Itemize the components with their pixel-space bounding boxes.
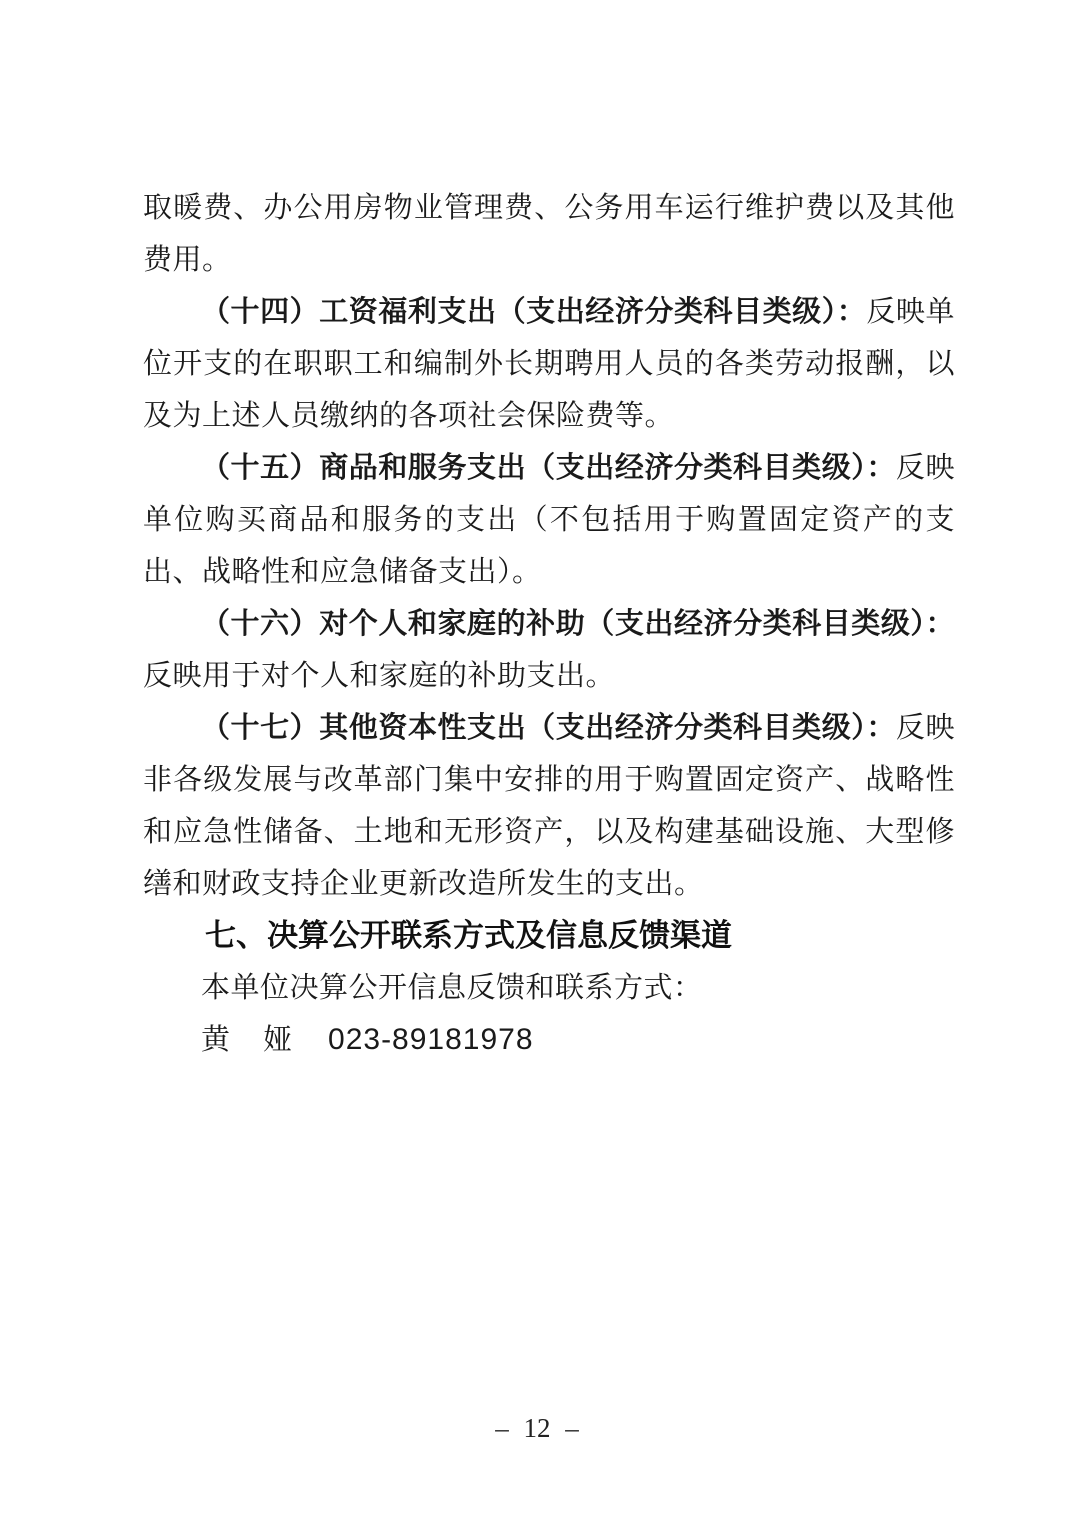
page-footer: – 12 – — [0, 1412, 1074, 1444]
contact-phone: 023-89181978 — [328, 1023, 534, 1056]
item-14-lead: （十四）工资福利支出（支出经济分类科目类级）： — [201, 296, 866, 328]
paragraph-item-14: （十四）工资福利支出（支出经济分类科目类级）：反映单位开支的在职职工和编制外长期… — [143, 286, 955, 442]
contact-intro: 本单位决算公开信息反馈和联系方式： — [143, 962, 955, 1014]
item-15-lead: （十五）商品和服务支出（支出经济分类科目类级）： — [201, 452, 896, 484]
paragraph-item-17: （十七）其他资本性支出（支出经济分类科目类级）：反映非各级发展与改革部门集中安排… — [143, 702, 955, 910]
item-16-body: 反映用于对个人和家庭的补助支出。 — [143, 660, 615, 692]
section-heading: 七、决算公开联系方式及信息反馈渠道 — [143, 910, 955, 962]
contact-name: 黄 娅 — [201, 1024, 294, 1056]
document-page: 取暖费、办公用房物业管理费、公务用车运行维护费以及其他费用。 （十四）工资福利支… — [0, 0, 1074, 1520]
page-body: 取暖费、办公用房物业管理费、公务用车运行维护费以及其他费用。 （十四）工资福利支… — [143, 182, 955, 1066]
item-17-lead: （十七）其他资本性支出（支出经济分类科目类级）： — [201, 712, 896, 744]
paragraph-item-15: （十五）商品和服务支出（支出经济分类科目类级）：反映单位购买商品和服务的支出（不… — [143, 442, 955, 598]
page-number: – 12 – — [495, 1413, 579, 1443]
paragraph-item-16: （十六）对个人和家庭的补助（支出经济分类科目类级）：反映用于对个人和家庭的补助支… — [143, 598, 955, 702]
item-16-lead: （十六）对个人和家庭的补助（支出经济分类科目类级）： — [201, 608, 955, 640]
paragraph-continuation: 取暖费、办公用房物业管理费、公务用车运行维护费以及其他费用。 — [143, 182, 955, 286]
contact-line: 黄 娅023-89181978 — [143, 1014, 955, 1066]
